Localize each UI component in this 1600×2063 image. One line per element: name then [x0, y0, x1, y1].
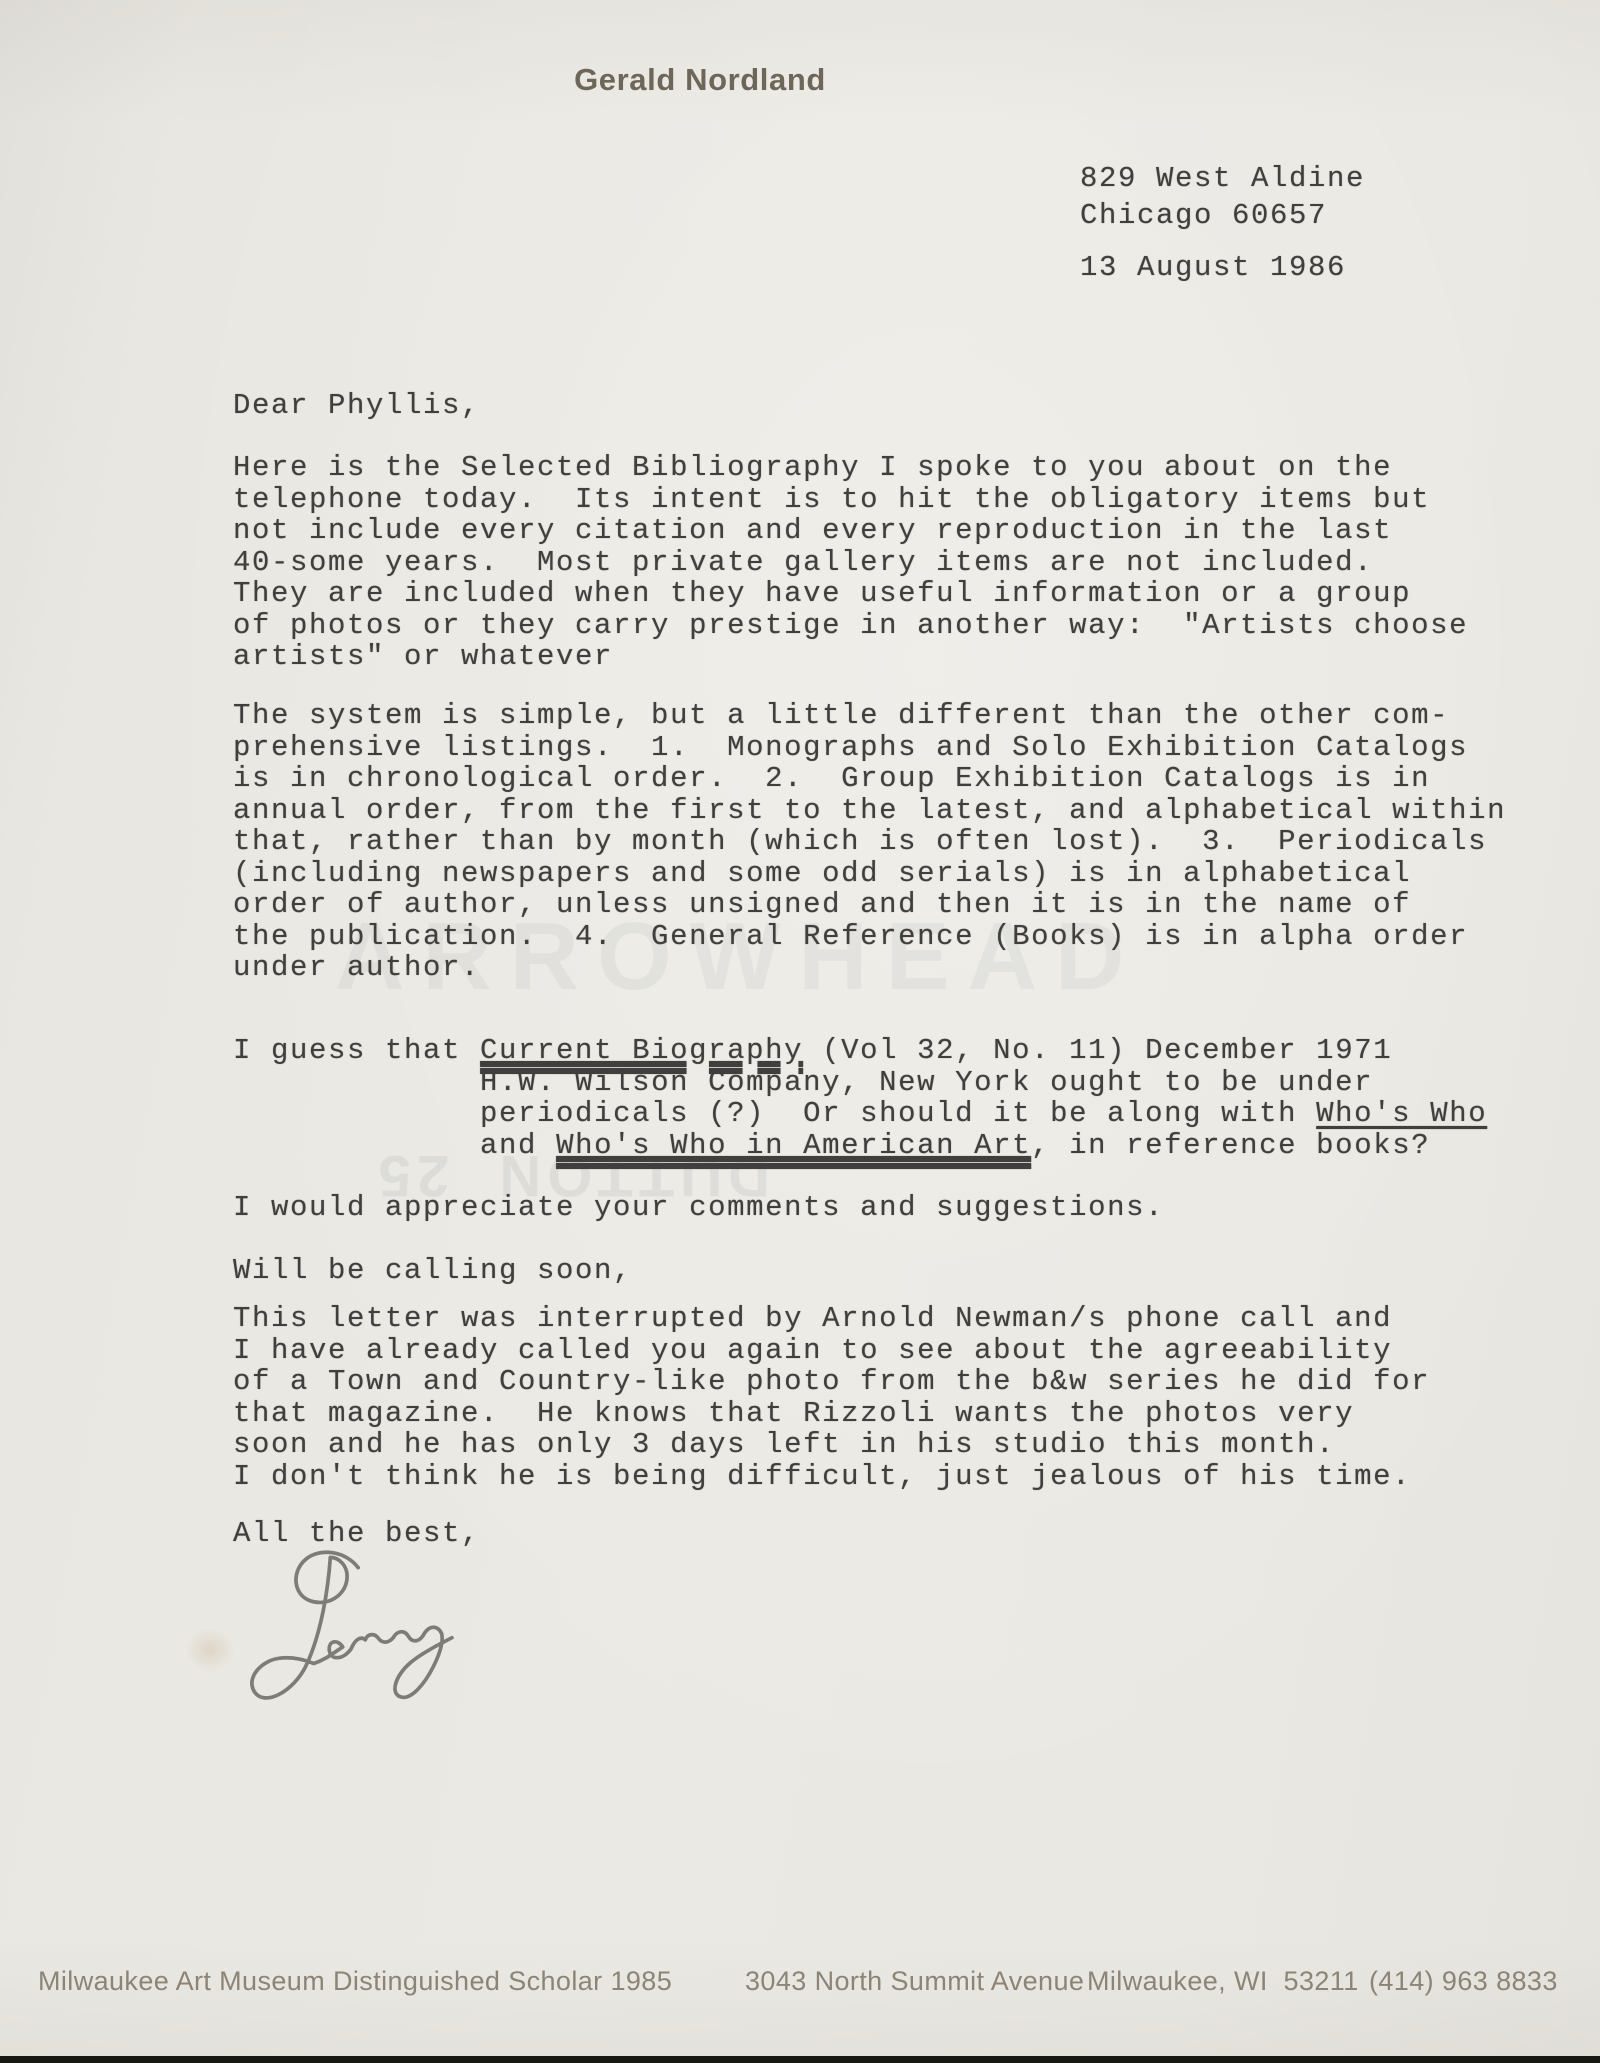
paragraph-interrupt: This letter was interrupted by Arnold Ne…: [233, 1303, 1578, 1492]
salutation: Dear Phyllis,: [233, 390, 1578, 422]
letter-page: ARROWHEAD DUTTON 25 Gerald Nordland 829 …: [0, 0, 1600, 2063]
footer-credential: Milwaukee Art Museum Distinguished Schol…: [38, 1966, 672, 1997]
letter-date: 13 August 1986: [1080, 252, 1560, 284]
paragraph-comments: I would appreciate your comments and sug…: [233, 1192, 1578, 1224]
scan-edge-bottom: [0, 2056, 1600, 2063]
footer-city: Milwaukee, WI 53211: [1087, 1966, 1359, 1997]
signature-jerry-drawing: [238, 1545, 468, 1715]
paragraph-system: The system is simple, but a little diffe…: [233, 700, 1578, 984]
paper-shading: [0, 0, 1600, 2063]
handwritten-signature: [238, 1545, 468, 1715]
paragraph-intro: Here is the Selected Bibliography I spok…: [233, 452, 1578, 673]
letterhead-name: Gerald Nordland: [0, 62, 1400, 98]
sender-address: 829 West Aldine Chicago 60657: [1080, 160, 1560, 234]
paragraph-query: I guess that Current Biography (Vol 32, …: [233, 1035, 1578, 1161]
paper-stain: [185, 1628, 235, 1672]
footer-street: 3043 North Summit Avenue: [745, 1966, 1084, 1997]
paragraph-calling: Will be calling soon,: [233, 1255, 1578, 1287]
footer-phone: (414) 963 8833: [1369, 1966, 1558, 1997]
